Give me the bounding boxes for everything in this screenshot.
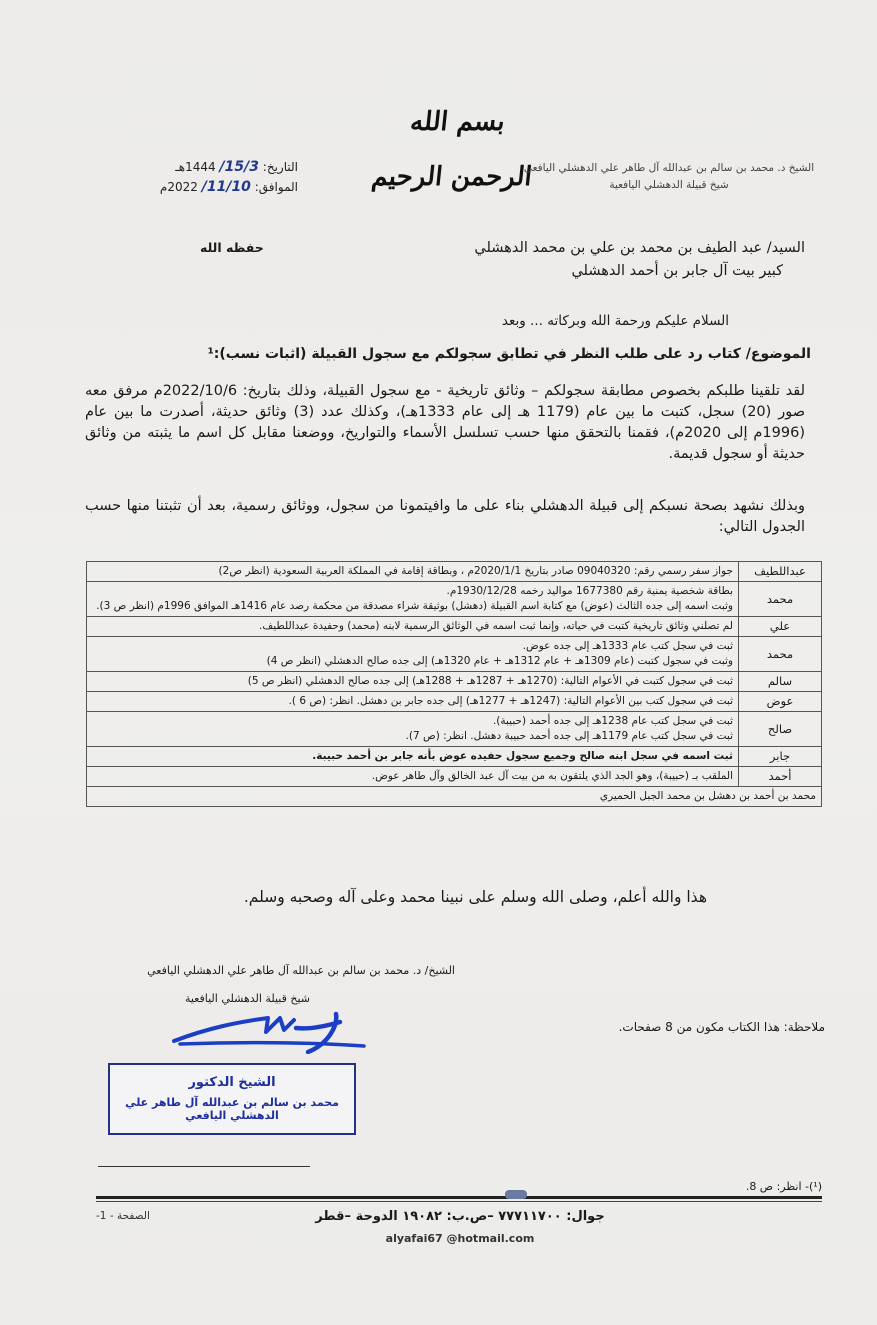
sender-title: شيخ قبيلة الدهشلي اليافعية (509, 177, 829, 194)
evidence-cell: جواز سفر رسمي رقم: 09040320 صادر بتاريخ … (87, 562, 739, 582)
evidence-cell: ثبت في سجل كتب عام 1333هـ إلى جده عوض.وث… (87, 637, 739, 672)
closing-statement: هذا والله أعلم، وصلى الله وسلم على نبينا… (244, 888, 707, 906)
lineage-root: محمد بن أحمد بن دهشل بن محمد الجبل الحمي… (87, 787, 822, 807)
table-row: سالمثبت في سجول كتبت في الأعوام التالية:… (87, 672, 822, 692)
evidence-line: ثبت اسمه في سجل ابنه صالح وجميع سجول حفي… (92, 749, 733, 764)
official-stamp: الشيخ الدكتور محمد بن سالم بن عبدالله آل… (108, 1063, 356, 1135)
subject-line: الموضوع/ كتاب رد على طلب النظر في تطابق … (91, 346, 811, 362)
table-row: صالحثبت في سجل كتب عام 1238هـ إلى جده أح… (87, 712, 822, 747)
ancestor-name-cell: عوض (739, 692, 822, 712)
table-footer-row: محمد بن أحمد بن دهشل بن محمد الجبل الحمي… (87, 787, 822, 807)
sender-letterhead: الشيخ د. محمد بن سالم بن عبدالله آل طاهر… (509, 160, 829, 194)
evidence-line: وثبت في سجول كتبت (عام 1309هـ + عام 1312… (92, 654, 733, 669)
evidence-line: ثبت في سجول كتبت في الأعوام التالية: (12… (92, 674, 733, 689)
date-hijri: التاريخ: 15/3/ 1444هـ (108, 157, 298, 177)
body-paragraph-2: وبذلك نشهد بصحة نسبكم إلى قبيلة الدهشلي … (85, 496, 805, 538)
evidence-cell: ثبت في سجول كتب بين الأعوام التالية: (12… (87, 692, 739, 712)
recipient-title: كبير بيت آل جابر بن أحمد الدهشلي (245, 260, 805, 283)
greeting: السلام عليكم ورحمة الله وبركاته ... وبعد (502, 313, 729, 329)
recipient-name: السيد/ عبد الطيف بن محمد بن علي بن محمد … (245, 237, 805, 260)
evidence-line: ثبت في سجل كتب عام 1238هـ إلى جده أحمد (… (92, 714, 733, 729)
evidence-cell: ثبت في سجل كتب عام 1238هـ إلى جده أحمد (… (87, 712, 739, 747)
ancestor-name-cell: صالح (739, 712, 822, 747)
handwritten-signature (168, 1008, 368, 1054)
recipient-honorific: حفظه الله (200, 240, 264, 255)
basmala-calligraphy: بسم الله الرحمن الرحيم (372, 95, 543, 150)
footnote: (¹)- انظر: ص 8. (746, 1180, 822, 1193)
footer-email: alyafai67 @hotmail.com (300, 1232, 620, 1245)
table-row: عبداللطيفجواز سفر رسمي رقم: 09040320 صاد… (87, 562, 822, 582)
evidence-line: بطاقة شخصية يمنية رقم 1677380 مواليد رخم… (92, 584, 733, 599)
ancestor-name-cell: جابر (739, 747, 822, 767)
footer-rule-ornament (505, 1190, 527, 1199)
evidence-cell: ثبت اسمه في سجل ابنه صالح وجميع سجول حفي… (87, 747, 739, 767)
footnote-divider (98, 1166, 310, 1167)
evidence-line: جواز سفر رسمي رقم: 09040320 صادر بتاريخ … (92, 564, 733, 579)
table-row: أحمدالملقب بـ (حبيبة)، وهو الجد الذي يلت… (87, 767, 822, 787)
stamp-title: الشيخ الدكتور (110, 1075, 354, 1090)
page-count-note: ملاحظة: هذا الكتاب مكون من 8 صفحات. (619, 1020, 825, 1034)
evidence-line: وثبت اسمه إلى جده الثالث (عوض) مع كتابة … (92, 599, 733, 614)
ancestor-name-cell: محمد (739, 582, 822, 617)
evidence-line: لم تصلني وثائق تاريخية كتبت في حياته، وإ… (92, 619, 733, 634)
evidence-line: ثبت في سجول كتب بين الأعوام التالية: (12… (92, 694, 733, 709)
ancestor-name-cell: علي (739, 617, 822, 637)
evidence-cell: الملقب بـ (حبيبة)، وهو الجد الذي يلتقون … (87, 767, 739, 787)
lineage-table: عبداللطيفجواز سفر رسمي رقم: 09040320 صاد… (86, 561, 822, 807)
recipient-block: السيد/ عبد الطيف بن محمد بن علي بن محمد … (245, 237, 805, 283)
evidence-line: ثبت في سجل كتب عام 1333هـ إلى جده عوض. (92, 639, 733, 654)
sender-name: الشيخ د. محمد بن سالم بن عبدالله آل طاهر… (509, 160, 829, 177)
body-paragraph-1: لقد تلقينا طلبكم بخصوص مطابقة سجولكم – و… (85, 381, 805, 465)
date-hijri-handwritten: 15/3/ (220, 159, 259, 175)
evidence-line: الملقب بـ (حبيبة)، وهو الجد الذي يلتقون … (92, 769, 733, 784)
footer-contact: جوال: ٧٧٧١١٧٠٠ –ص.ب: ١٩٠٨٢ الدوحة –قطر (300, 1209, 620, 1224)
ancestor-name-cell: سالم (739, 672, 822, 692)
evidence-line: ثبت في سجل كتب عام 1179هـ إلى جده أحمد ح… (92, 729, 733, 744)
page-number: الصفحة - 1- (96, 1210, 150, 1222)
evidence-cell: لم تصلني وثائق تاريخية كتبت في حياته، وإ… (87, 617, 739, 637)
signer-block: الشيخ/ د. محمد بن سالم بن عبدالله آل طاه… (55, 957, 455, 1013)
table-row: عوضثبت في سجول كتب بين الأعوام التالية: … (87, 692, 822, 712)
signer-name: الشيخ/ د. محمد بن سالم بن عبدالله آل طاه… (55, 957, 455, 985)
ancestor-name-cell: أحمد (739, 767, 822, 787)
letter-date: التاريخ: 15/3/ 1444هـ الموافق: 11/10/ 20… (108, 157, 298, 197)
table-row: جابرثبت اسمه في سجل ابنه صالح وجميع سجول… (87, 747, 822, 767)
table-row: عليلم تصلني وثائق تاريخية كتبت في حياته،… (87, 617, 822, 637)
ancestor-name-cell: عبداللطيف (739, 562, 822, 582)
table-row: محمدبطاقة شخصية يمنية رقم 1677380 مواليد… (87, 582, 822, 617)
letter-page: بسم الله الرحمن الرحيم الشيخ د. محمد بن … (0, 0, 877, 1325)
date-gregorian: الموافق: 11/10/ 2022م (108, 177, 298, 197)
stamp-name: محمد بن سالم بن عبدالله آل طاهر علي الده… (110, 1096, 354, 1122)
ancestor-name-cell: محمد (739, 637, 822, 672)
footer-rule-thick (96, 1196, 822, 1199)
table-row: محمدثبت في سجل كتب عام 1333هـ إلى جده عو… (87, 637, 822, 672)
evidence-cell: بطاقة شخصية يمنية رقم 1677380 مواليد رخم… (87, 582, 739, 617)
evidence-cell: ثبت في سجول كتبت في الأعوام التالية: (12… (87, 672, 739, 692)
date-greg-handwritten: 11/10/ (202, 179, 251, 195)
footer-rule-thin (96, 1201, 822, 1202)
